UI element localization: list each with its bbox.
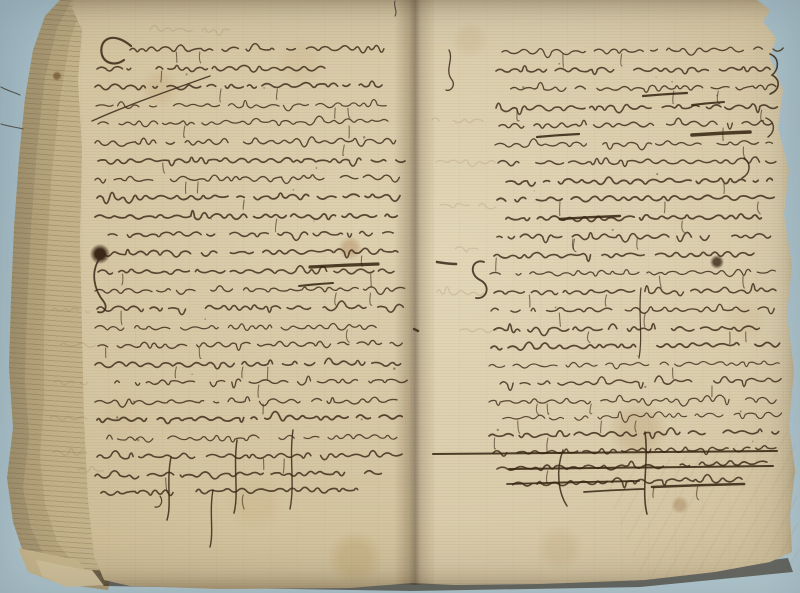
handwriting-left-page <box>95 44 407 509</box>
ghost-bleedthrough-marks <box>50 25 496 471</box>
manuscript-photo <box>0 0 800 593</box>
flourishes-and-threads <box>1 1 778 547</box>
handwriting-layer <box>0 0 800 593</box>
handwriting-right-page <box>489 47 783 500</box>
